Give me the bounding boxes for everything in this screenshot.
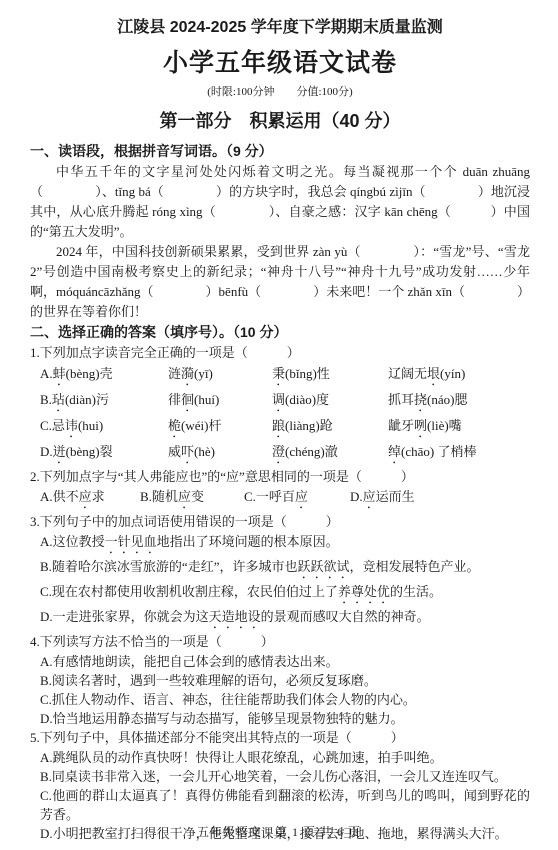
- option-cell: 徘徊(huí): [168, 389, 272, 415]
- option-line: A.这位教授一针见血地指出了环境问题的根本原因。: [30, 532, 530, 557]
- exam-title: 江陵县 2024-2025 学年度下学期期末质量监测: [30, 14, 530, 37]
- option-cell: 踉(liàng)跄: [272, 415, 388, 441]
- option-cell: 绰(chāo) 了梢棒: [388, 441, 530, 467]
- question-5-stem: 5.下列句子中，具体描述部分不能突出其特点的一项是（ ）: [30, 728, 530, 748]
- option-cell: D.迸(bèng)裂: [40, 441, 168, 467]
- option-cell: 桅(wéi)杆: [168, 415, 272, 441]
- option-cell: B.玷(diàn)污: [40, 389, 168, 415]
- question-3: 3.下列句子中的加点词语使用错误的一项是（ ） A.这位教授一针见血地指出了环境…: [30, 512, 530, 632]
- option-cell: 调(diào)度: [272, 389, 388, 415]
- question-1-row-a: A.蚌(bèng)壳 涟漪(yī) 秉(bǐng)性 辽阔无垠(yín): [30, 363, 530, 389]
- option-cell: C.忌讳(hui): [40, 415, 168, 441]
- question-4: 4.下列读写方法不恰当的一项是（ ） A.有感情地朗读，能把自己体会到的感情表达…: [30, 632, 530, 728]
- option-line: B.随着哈尔滨冰雪旅游的“走红”，许多城市也跃跃欲试，竞相发展特色产业。: [30, 557, 530, 582]
- option-line: B.同桌读书非常入迷，一会儿开心地笑着，一会儿伤心落泪，一会儿又连连叹气。: [30, 767, 530, 786]
- option-cell: 威吓(hè): [168, 441, 272, 467]
- option-line: A.跳绳队员的动作真快呀！快得让人眼花缭乱，心跳加速，拍手叫绝。: [30, 748, 530, 767]
- option-line: C.现在农村都使用收割机收割庄稼，农民伯伯过上了养尊处优的生活。: [30, 582, 530, 607]
- option-line: D.一走进张家界，你就会为这天造地设的景观而感叹大自然的神奇。: [30, 607, 530, 632]
- question-2-stem: 2.下列加点字与“其人弗能应也”的“应”意思相同的一项是（ ）: [30, 467, 530, 487]
- pinyin-paragraph-2: 2024 年，中国科技创新硕果累累，受到世界 zàn yù（ ）：“雪龙”号、“…: [30, 242, 530, 322]
- pinyin-paragraph-1: 中华五千年的文字星河处处闪烁着文明之光。每当凝视那一个个 duān zhuāng…: [30, 162, 530, 242]
- option-line: B.阅读名著时，遇到一些较难理解的语句，必须反复琢磨。: [30, 671, 530, 690]
- option-line: C.他画的群山太逼真了！真得仿佛能看到翻滚的松涛，听到鸟儿的鸣叫，闻到野花的芳香…: [30, 786, 530, 824]
- question-1-row-d: D.迸(bèng)裂 威吓(hè) 澄(chéng)澈 绰(chāo) 了梢棒: [30, 441, 530, 467]
- option-line: C.抓住人物动作、语言、神态，往往能帮助我们体会人物的内心。: [30, 690, 530, 709]
- paper-meta: (时限:100分钟 分值:100分): [30, 83, 530, 99]
- question-2-options: A.供不应求 B.随机应变 C.一呼百应 D.应运而生: [30, 487, 530, 512]
- option-cell: A.供不应求: [40, 487, 140, 512]
- option-cell: C.一呼百应: [244, 487, 350, 512]
- section-two-heading: 二、选择正确的答案（填序号）。（10 分）: [30, 322, 530, 343]
- question-4-stem: 4.下列读写方法不恰当的一项是（ ）: [30, 632, 530, 652]
- page-footer: 五年级语文 第 1 页 共 6 页: [0, 823, 558, 840]
- option-cell: 澄(chéng)澈: [272, 441, 388, 467]
- option-cell: D.应运而生: [350, 487, 530, 512]
- question-2: 2.下列加点字与“其人弗能应也”的“应”意思相同的一项是（ ） A.供不应求 B…: [30, 467, 530, 512]
- question-3-stem: 3.下列句子中的加点词语使用错误的一项是（ ）: [30, 512, 530, 532]
- question-1-row-c: C.忌讳(hui) 桅(wéi)杆 踉(liàng)跄 龇牙咧(liè)嘴: [30, 415, 530, 441]
- option-cell: B.随机应变: [140, 487, 244, 512]
- question-1-row-b: B.玷(diàn)污 徘徊(huí) 调(diào)度 抓耳挠(náo)腮: [30, 389, 530, 415]
- option-cell: 抓耳挠(náo)腮: [388, 389, 530, 415]
- question-1: 1.下列加点字读音完全正确的一项是（ ） A.蚌(bèng)壳 涟漪(yī) 秉…: [30, 343, 530, 467]
- section-one-heading: 一、读语段，根据拼音写词语。（9 分）: [30, 141, 530, 162]
- option-cell: 龇牙咧(liè)嘴: [388, 415, 530, 441]
- option-line: D.恰当地运用静态描写与动态描写，能够呈现景物独特的魅力。: [30, 709, 530, 728]
- option-cell: 秉(bǐng)性: [272, 363, 388, 389]
- option-cell: A.蚌(bèng)壳: [40, 363, 168, 389]
- option-line: A.有感情地朗读，能把自己体会到的感情表达出来。: [30, 652, 530, 671]
- option-cell: 涟漪(yī): [168, 363, 272, 389]
- option-cell: 辽阔无垠(yín): [388, 363, 530, 389]
- part-title: 第一部分 积累运用（40 分）: [30, 107, 530, 133]
- question-1-stem: 1.下列加点字读音完全正确的一项是（ ）: [30, 343, 530, 363]
- paper-title: 小学五年级语文试卷: [30, 43, 530, 79]
- exam-page: 江陵县 2024-2025 学年度下学期期末质量监测 小学五年级语文试卷 (时限…: [0, 0, 558, 843]
